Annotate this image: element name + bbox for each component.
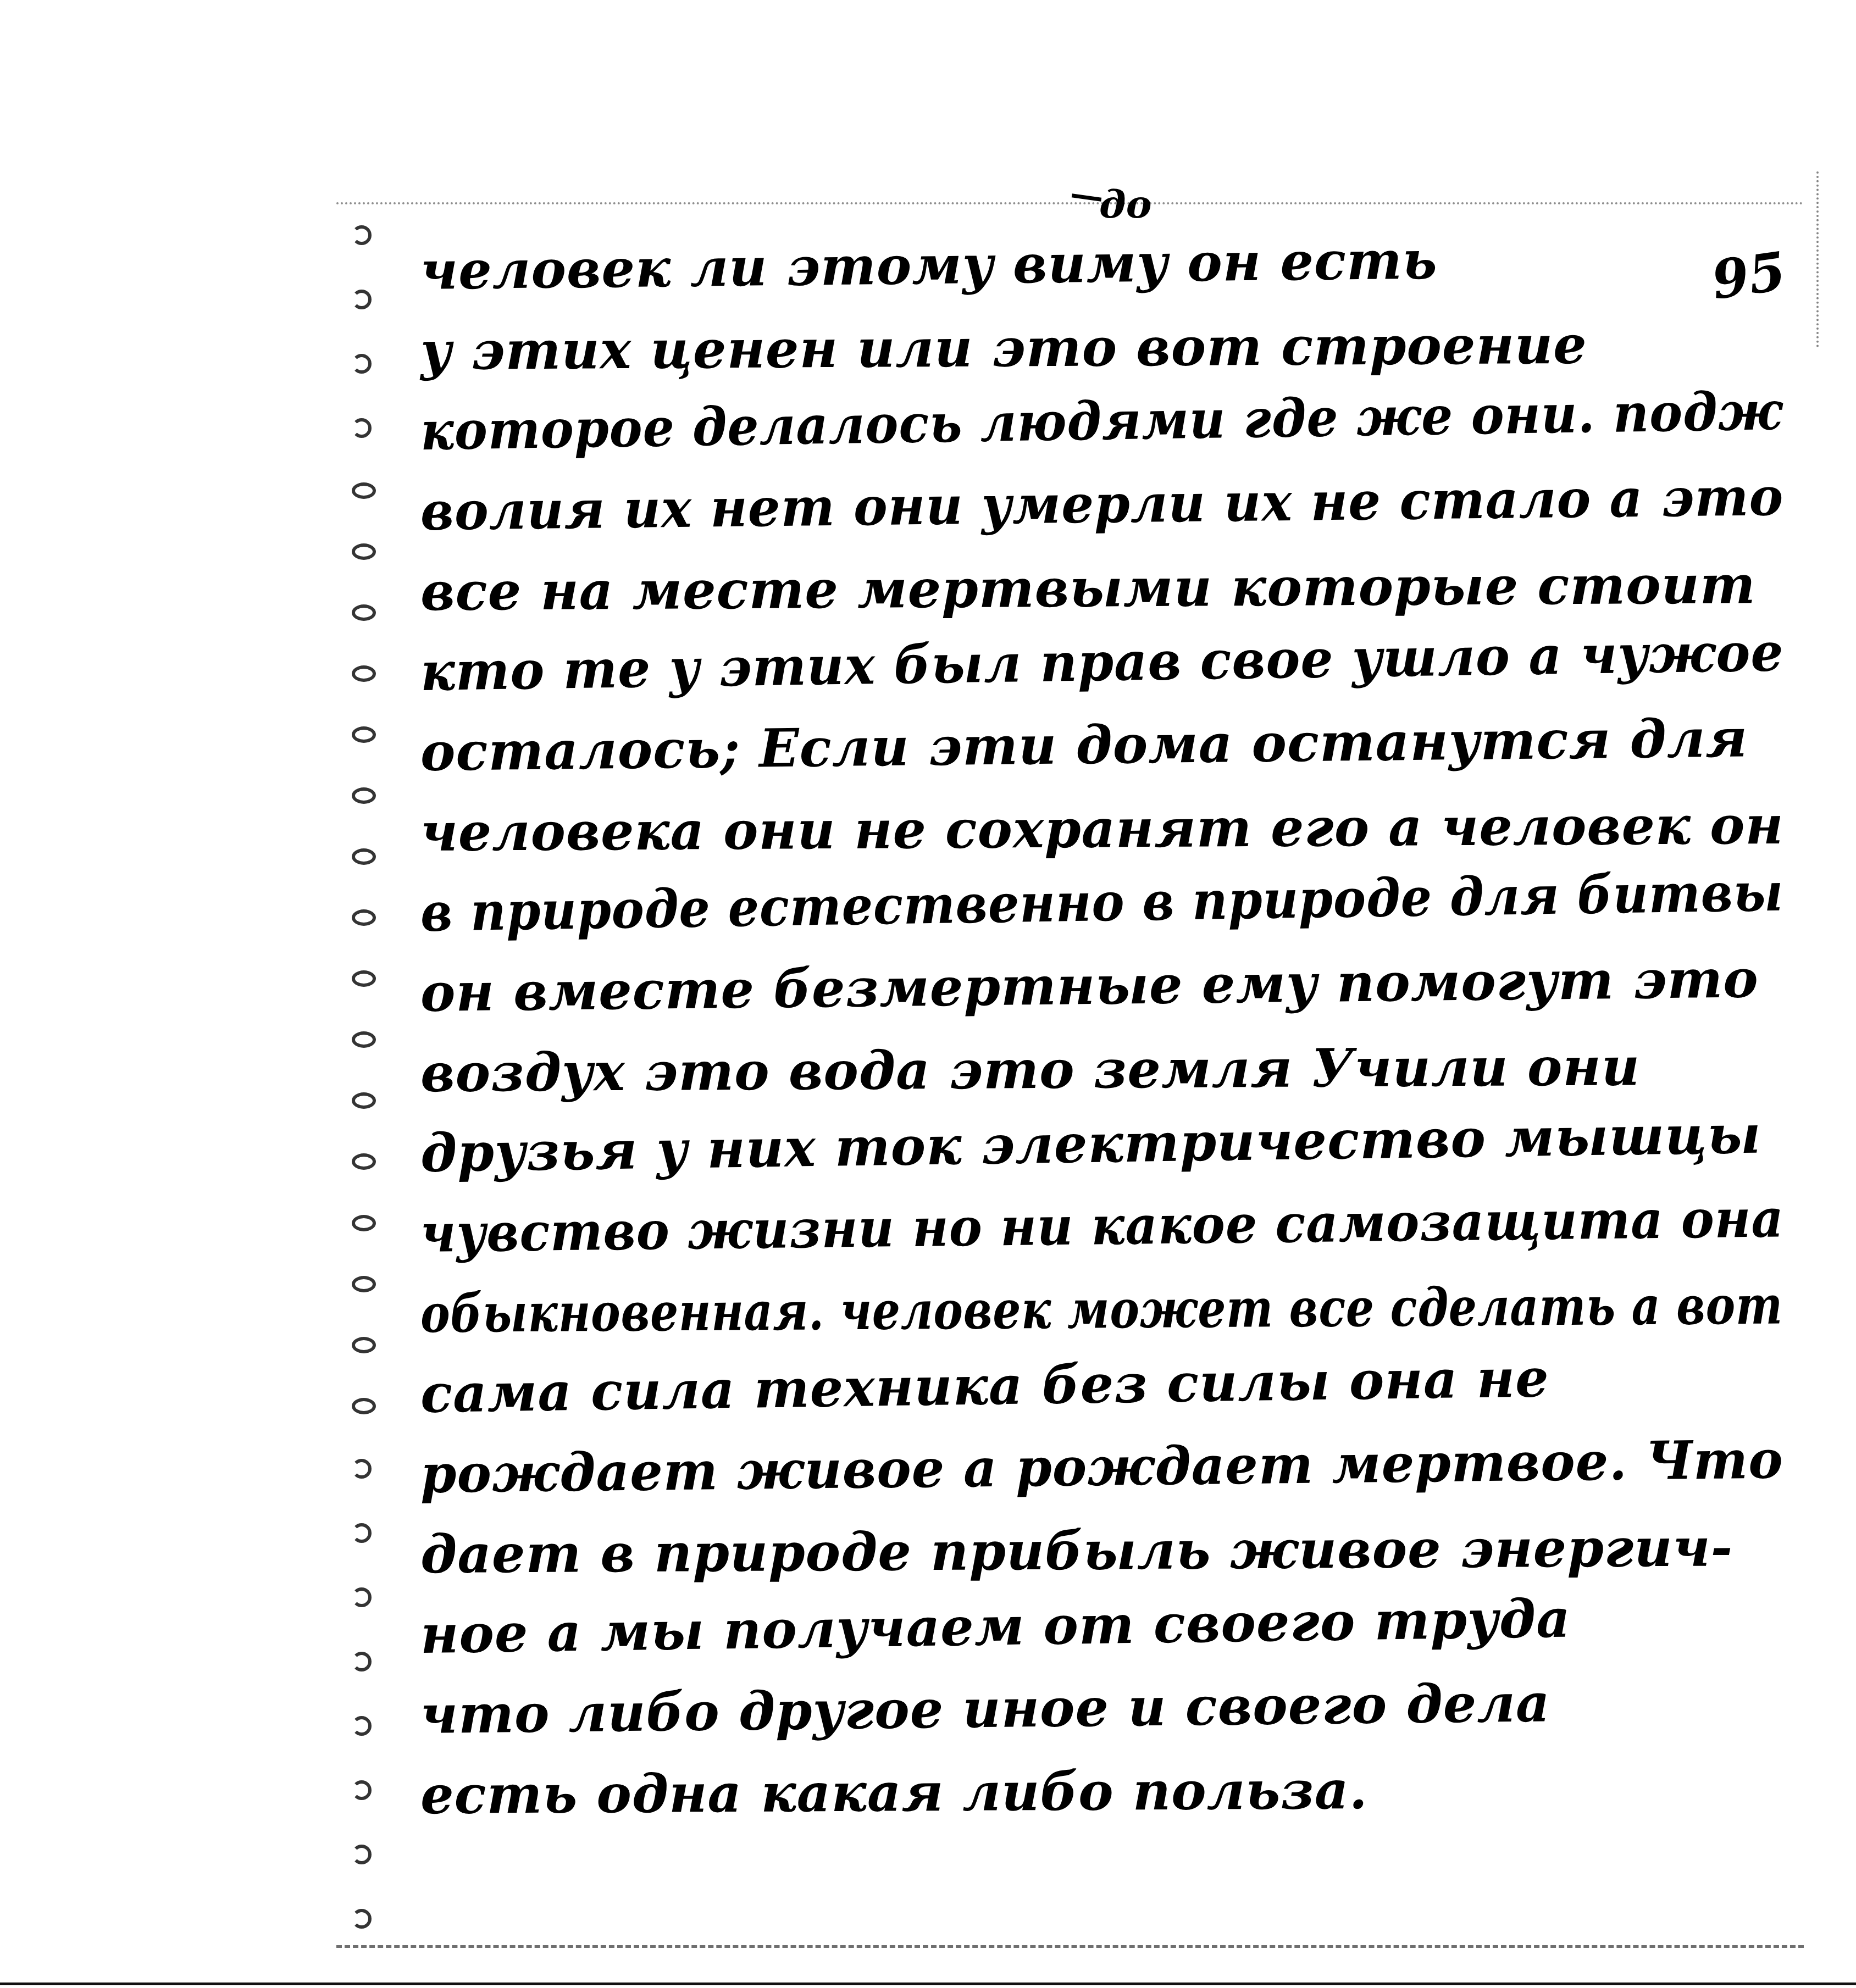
handwritten-text-body: человек ли этому виму он есть у этих цен…: [420, 231, 1794, 1835]
text-line: человек ли этому виму он есть: [420, 216, 1783, 311]
spiral-hole-icon: [352, 970, 376, 987]
spiral-hole-icon: [352, 909, 376, 926]
spiral-hole-icon: [352, 1716, 372, 1736]
text-line: волия их нет они умерли их не стало а эт…: [420, 457, 1747, 552]
spiral-hole-icon: [352, 726, 376, 743]
spiral-hole-icon: [352, 1398, 376, 1414]
text-line: что либо другое иное и своего дела: [420, 1661, 1783, 1755]
spiral-hole-icon: [352, 604, 376, 621]
spiral-hole-icon: [352, 848, 376, 865]
spiral-hole-icon: [352, 787, 376, 804]
scan-bottom-edge: [0, 1983, 1856, 1985]
page-bottom-rule: [336, 1945, 1804, 1948]
spiral-hole-icon: [352, 1845, 372, 1864]
spiral-binding-holes: [352, 225, 385, 1929]
spiral-hole-icon: [352, 1092, 376, 1109]
spiral-hole-icon: [352, 1276, 376, 1292]
page-right-rule: [1816, 171, 1819, 347]
text-line: осталось; Если эти дома останутся для: [420, 698, 1783, 792]
spiral-hole-icon: [352, 1909, 372, 1929]
spiral-hole-icon: [352, 354, 372, 374]
spiral-hole-icon: [352, 1153, 376, 1170]
text-line: он вместе безмертные ему помогут это: [420, 939, 1783, 1033]
spiral-hole-icon: [352, 1780, 372, 1800]
spiral-hole-icon: [352, 290, 372, 309]
page-top-rule: [336, 202, 1804, 204]
text-line: рождает живое а рождает мертвое. Что: [420, 1420, 1761, 1514]
spiral-hole-icon: [352, 1652, 372, 1672]
spiral-hole-icon: [352, 1523, 372, 1543]
spiral-hole-icon: [352, 1031, 376, 1048]
handwritten-insertion: до: [1099, 181, 1151, 227]
spiral-hole-icon: [352, 482, 376, 499]
text-line: есть одна какая либо польза.: [420, 1748, 1784, 1835]
spiral-hole-icon: [352, 543, 376, 560]
text-line: чувство жизни но ни какое самозащита она: [420, 1179, 1711, 1274]
spiral-hole-icon: [352, 225, 372, 245]
spiral-hole-icon: [352, 665, 376, 682]
spiral-hole-icon: [352, 1459, 372, 1479]
spiral-hole-icon: [352, 1587, 372, 1607]
spiral-hole-icon: [352, 418, 372, 438]
spiral-hole-icon: [352, 1337, 376, 1353]
spiral-hole-icon: [352, 1215, 376, 1231]
